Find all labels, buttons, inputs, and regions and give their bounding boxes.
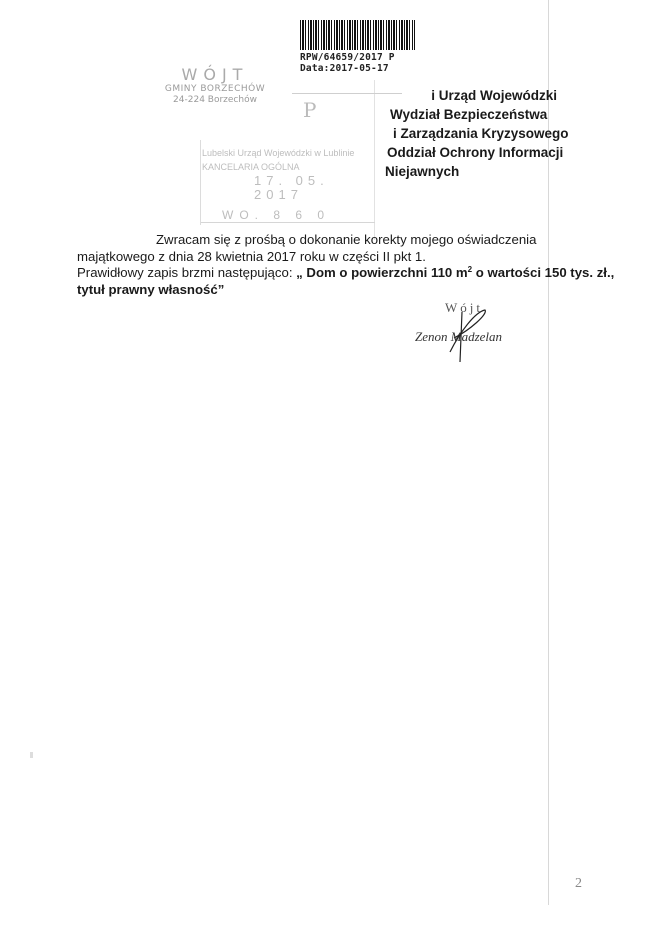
body-bold-text: tytuł prawny własność” xyxy=(77,282,224,297)
body-line: majątkowego z dnia 28 kwietnia 2017 roku… xyxy=(77,249,567,266)
signature-icon xyxy=(440,302,490,362)
stamp-line: KANCELARIA OGÓLNA xyxy=(202,160,377,174)
handwritten-mark: P xyxy=(303,98,316,122)
addressee-line: Niejawnych xyxy=(360,162,560,181)
body-bold-text: o wartości 150 tys. zł., xyxy=(472,265,614,280)
addressee-line: i Zarządzania Kryzysowego xyxy=(360,124,560,143)
stamp-line: 24-224 Borzechów xyxy=(140,95,290,106)
addressee-line: i Urząd Wojewódzki xyxy=(360,86,557,105)
addressee-line: Oddział Ochrony Informacji xyxy=(360,143,560,162)
stamp-line: Lubelski Urząd Wojewódzki w Lublinie xyxy=(202,146,377,160)
received-stamp: Lubelski Urząd Wojewódzki w Lublinie KAN… xyxy=(202,146,377,222)
scan-line xyxy=(200,140,201,225)
page-mark: 2 xyxy=(575,876,582,892)
sender-stamp: WÓJT GMINY BORZECHÓW 24-224 Borzechów xyxy=(140,66,290,106)
body-line: Zwracam się z prośbą o dokonanie korekty… xyxy=(77,232,567,249)
letter-body: Zwracam się z prośbą o dokonanie korekty… xyxy=(77,232,567,298)
addressee-block: i Urząd Wojewódzki Wydział Bezpieczeństw… xyxy=(360,86,560,181)
addressee-line: Wydział Bezpieczeństwa xyxy=(360,105,560,124)
scan-line xyxy=(200,222,375,223)
body-line: tytuł prawny własność” xyxy=(77,282,567,299)
registry-date: Data:2017-05-17 xyxy=(300,63,395,74)
body-bold-text: „ Dom o powierzchni 110 m xyxy=(296,265,467,280)
registry-label: RPW/64659/2017 P Data:2017-05-17 xyxy=(300,52,395,74)
stamp-line: GMINY BORZECHÓW xyxy=(140,84,290,95)
body-text: Prawidłowy zapis brzmi następująco: xyxy=(77,265,296,280)
scan-speck xyxy=(30,752,33,758)
stamp-number: WO. 8 6 0 xyxy=(202,208,377,222)
body-line: Prawidłowy zapis brzmi następująco: „ Do… xyxy=(77,265,567,282)
registry-number: RPW/64659/2017 P xyxy=(300,52,395,63)
stamp-date: 17. 05. 2017 xyxy=(202,174,377,202)
barcode xyxy=(300,20,415,50)
stamp-title: WÓJT xyxy=(140,66,290,84)
